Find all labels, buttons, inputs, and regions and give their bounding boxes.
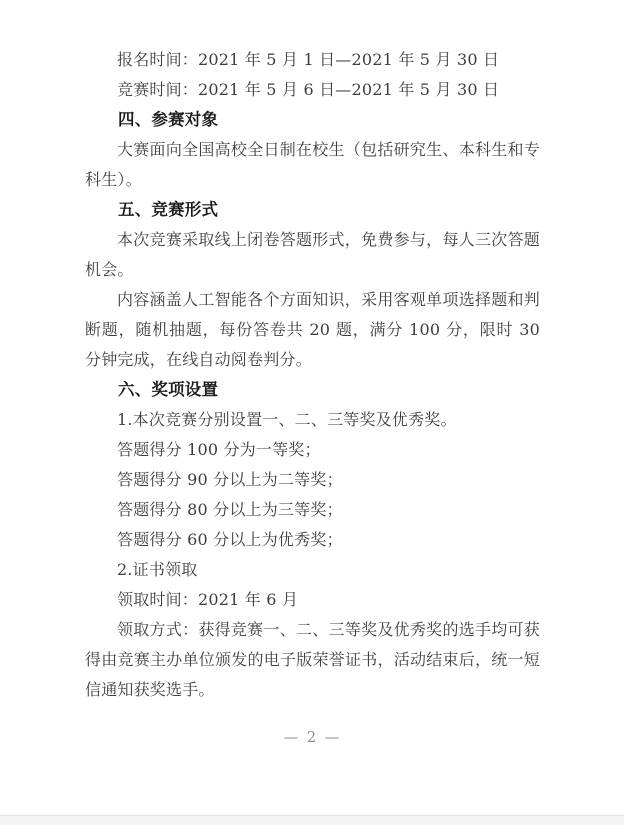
paragraph: 1.本次竞赛分别设置一、二、三等奖及优秀奖。 xyxy=(85,405,540,435)
paragraph: 答题得分 60 分以上为优秀奖； xyxy=(85,525,540,555)
paragraph: 答题得分 100 分为一等奖； xyxy=(85,435,540,465)
paragraph: 答题得分 90 分以上为二等奖； xyxy=(85,465,540,495)
paragraph: 答题得分 80 分以上为三等奖； xyxy=(85,495,540,525)
paragraph: 领取时间：2021 年 6 月 xyxy=(85,585,540,615)
paragraph: 报名时间：2021 年 5 月 1 日—2021 年 5 月 30 日 xyxy=(85,45,540,75)
section-heading: 五、竞赛形式 xyxy=(85,195,540,225)
paragraph: 本次竞赛采取线上闭卷答题形式，免费参与，每人三次答题机会。 xyxy=(85,225,540,285)
page-gap xyxy=(0,816,624,824)
section-heading: 六、奖项设置 xyxy=(85,375,540,405)
page-footer: — 2 — xyxy=(85,722,540,753)
paragraph: 领取方式：获得竞赛一、二、三等奖及优秀奖的选手均可获得由竞赛主办单位颁发的电子版… xyxy=(85,615,540,705)
document-page: 报名时间：2021 年 5 月 1 日—2021 年 5 月 30 日竞赛时间：… xyxy=(0,0,624,816)
document-viewer: { "document": { "paragraphs": [ {"type":… xyxy=(0,0,624,825)
paragraph: 内容涵盖人工智能各个方面知识，采用客观单项选择题和判断题，随机抽题，每份答卷共 … xyxy=(85,285,540,375)
paragraph: 2.证书领取 xyxy=(85,555,540,585)
section-heading: 四、参赛对象 xyxy=(85,105,540,135)
paragraph: 竞赛时间：2021 年 5 月 6 日—2021 年 5 月 30 日 xyxy=(85,75,540,105)
document-body: 报名时间：2021 年 5 月 1 日—2021 年 5 月 30 日竞赛时间：… xyxy=(85,45,540,705)
page-number: — 2 — xyxy=(284,730,341,746)
paragraph: 大赛面向全国高校全日制在校生（包括研究生、本科生和专科生）。 xyxy=(85,135,540,195)
